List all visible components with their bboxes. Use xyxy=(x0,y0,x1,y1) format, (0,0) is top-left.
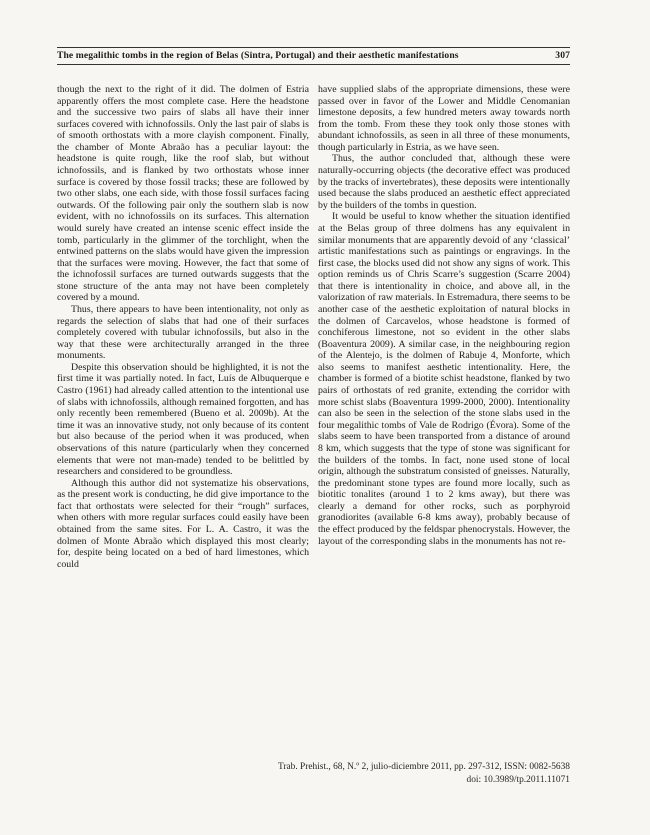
journal-footer: Trab. Prehist., 68, N.º 2, julio-diciemb… xyxy=(57,761,570,786)
paragraph: Although this author did not systematize… xyxy=(57,478,309,571)
paper-page: The megalithic tombs in the region of Be… xyxy=(0,0,650,835)
running-header-title: The megalithic tombs in the region of Be… xyxy=(57,50,459,61)
paragraph: have supplied slabs of the appropriate d… xyxy=(318,84,570,153)
paragraph: Thus, there appears to have been intenti… xyxy=(57,304,309,362)
doi: doi: 10.3989/tp.2011.11071 xyxy=(57,774,570,787)
page-number: 307 xyxy=(545,50,570,61)
paragraph: though the next to the right of it did. … xyxy=(57,84,309,304)
journal-citation: Trab. Prehist., 68, N.º 2, julio-diciemb… xyxy=(57,761,570,774)
paragraph: It would be useful to know whether the s… xyxy=(318,211,570,547)
running-header: The megalithic tombs in the region of Be… xyxy=(57,47,570,65)
right-column: have supplied slabs of the appropriate d… xyxy=(318,84,570,570)
paragraph: Thus, the author concluded that, althoug… xyxy=(318,153,570,211)
left-column: though the next to the right of it did. … xyxy=(57,84,309,570)
body-text: though the next to the right of it did. … xyxy=(57,84,570,570)
paragraph: Despite this observation should be highl… xyxy=(57,362,309,478)
